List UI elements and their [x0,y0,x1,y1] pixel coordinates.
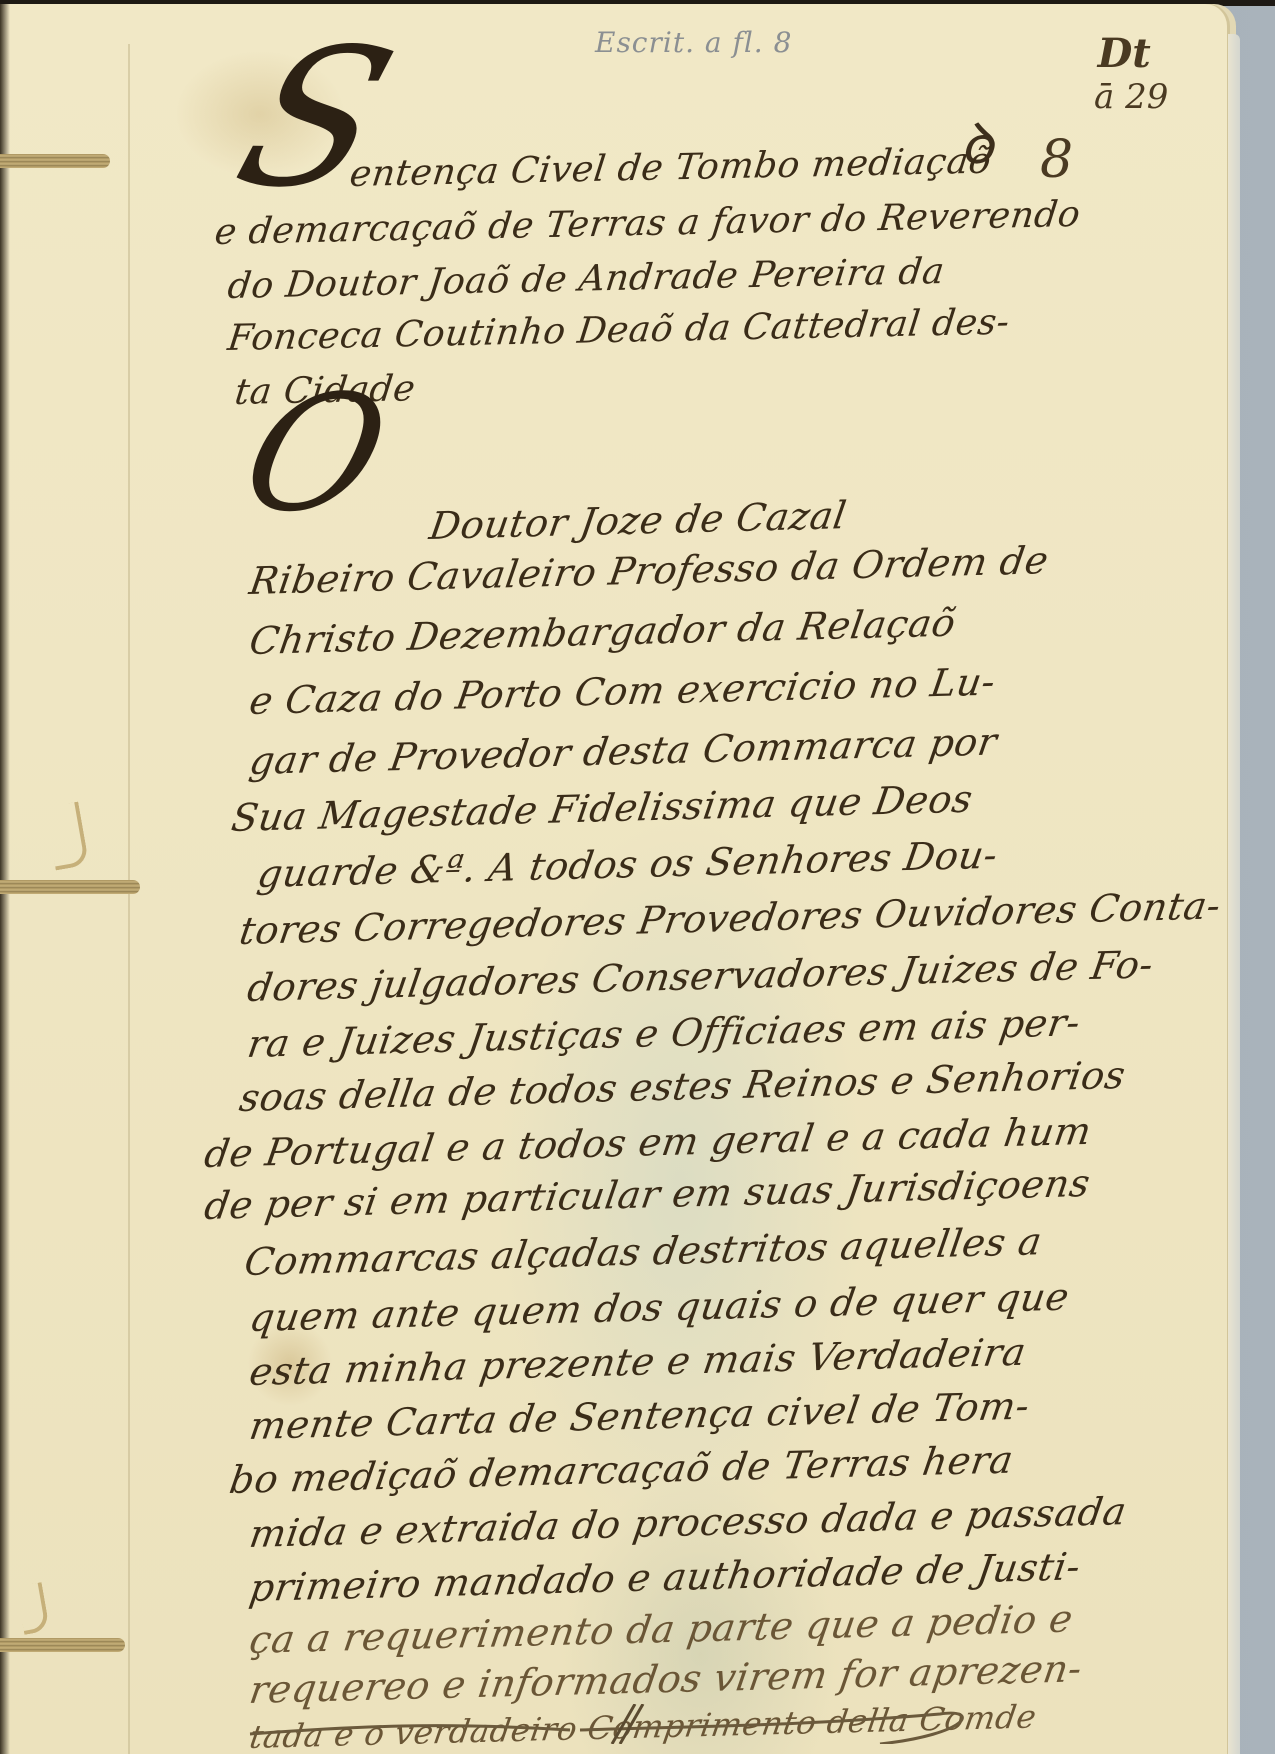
manuscript-page: Escrit. a fl. 8 Dt ā 29 8 ꝺ S entença Ci… [0,4,1236,1754]
body-line-3: Christo Dezembargador da Relaçaõ [247,601,959,663]
body-line-15: quem ante quem dos quais o de quer que [247,1275,1072,1340]
body-line-5: gar de Provedor desta Commarca por [247,720,1000,783]
body-line-11: soas della de todos estes Reinos e Senho… [237,1053,1129,1120]
body-line-10: ra e Juizes Justiças e Officiaes em ais … [245,1000,1084,1066]
manuscript-text: S entença Civel de Tombo mediaçaõ e dema… [0,4,1236,1754]
document-scan: Escrit. a fl. 8 Dt ā 29 8 ꝺ S entença Ci… [0,0,1275,1754]
body-line-9: dores julgadores Conservadores Juizes de… [245,942,1157,1010]
body-line-16: esta minha prezente e mais Verdadeira [247,1330,1029,1394]
body-line-17: mente Carta de Sentença civel de Tom- [247,1384,1033,1448]
page-edge [1228,34,1240,1754]
body-line-14: Commarcas alçadas destritos aquelles a [242,1219,1045,1284]
body-line-18: bo mediçaõ demarcaçaõ de Terras hera [227,1438,1017,1502]
body-line-4: e Caza do Porto Com exercicio no Lu- [247,660,999,723]
heading-line-3: do Doutor Joaõ de Andrade Pereira da [226,251,947,307]
body-line-7: guarde &ª. A todos os Senhores Dou- [255,833,1001,896]
body-line-6: Sua Magestade Fidelissima que Deos [229,777,976,840]
heading-line-4: Fonceca Coutinho Deaõ da Cattedral des- [226,302,1012,359]
closing-flourish-icon [240,1704,1000,1744]
body-line-2: Ribeiro Cavaleiro Professo da Ordem de [247,538,1052,603]
body-line-1: Doutor Joze de Cazal [427,493,850,548]
heading-line-1: entença Civel de Tombo mediaçaõ [348,141,994,195]
body-line-8: tores Corregedores Provedores Ouvidores … [237,883,1224,953]
